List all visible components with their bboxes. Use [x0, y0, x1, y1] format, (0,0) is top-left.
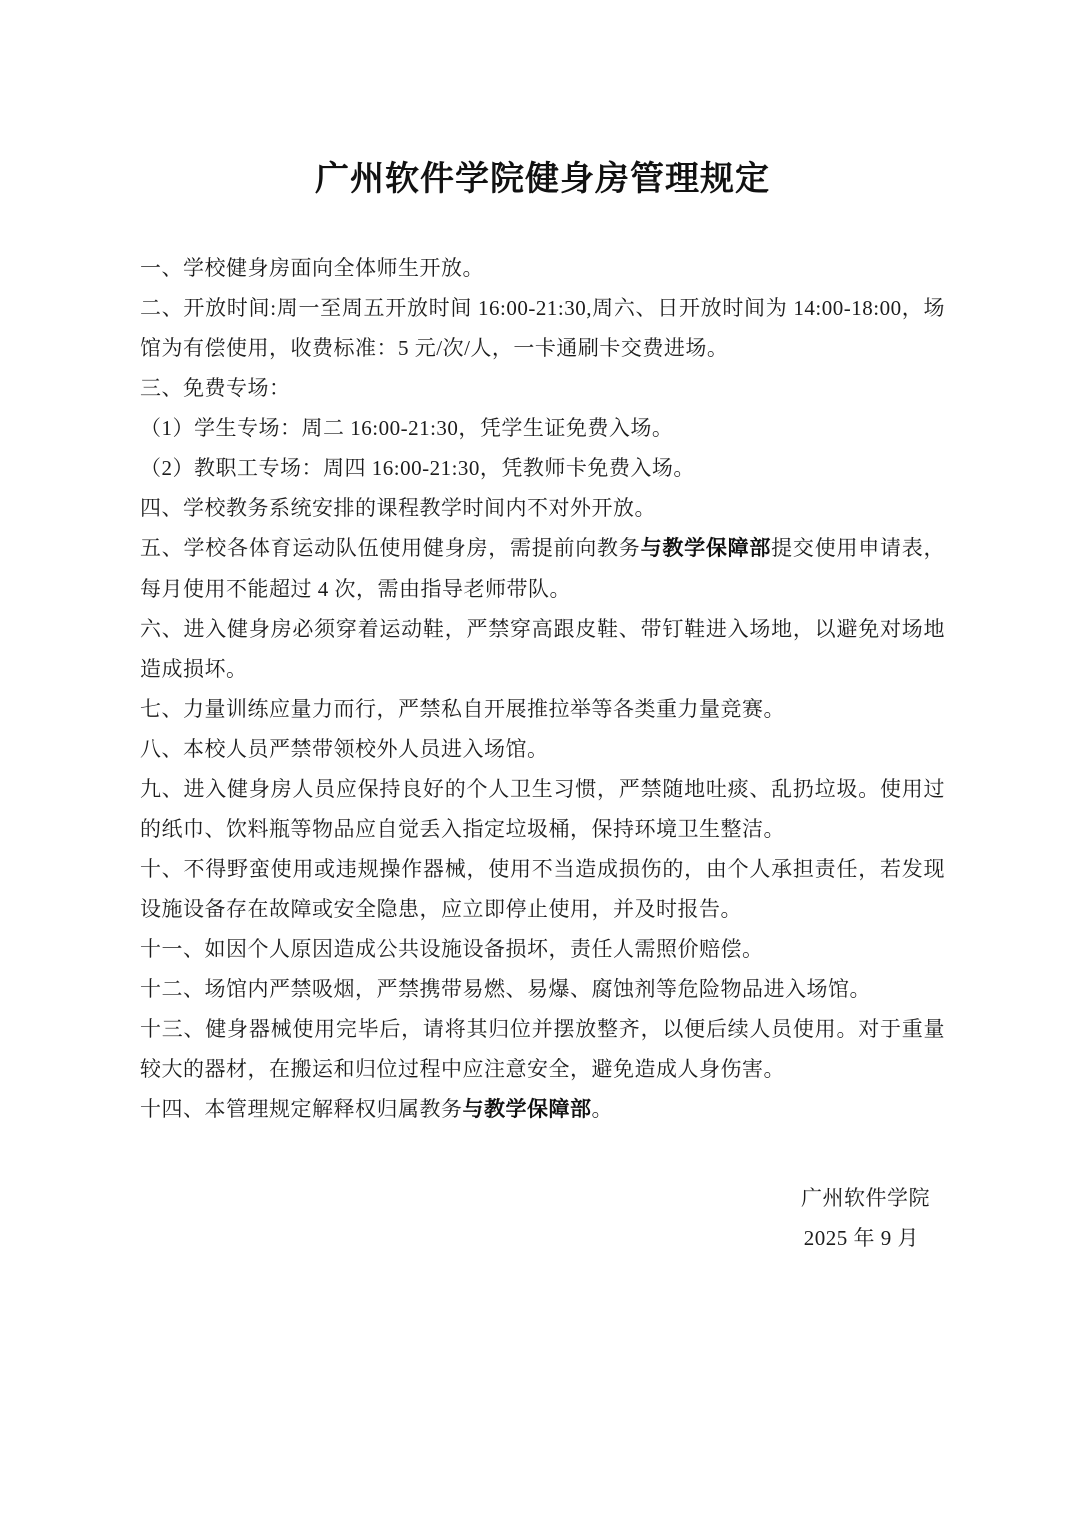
regulation-item-1: 一、学校健身房面向全体师生开放。 — [140, 248, 945, 288]
department-name-highlight: 与教学保障部 — [463, 1098, 592, 1121]
regulation-item-14-text: 十四、本管理规定解释权归属教务 — [140, 1097, 463, 1121]
signature-date: 2025 年 9 月 — [140, 1218, 945, 1258]
document-title: 广州软件学院健身房管理规定 — [140, 158, 945, 200]
regulation-item-2: 二、开放时间:周一至周五开放时间 16:00-21:30,周六、日开放时间为 1… — [140, 288, 945, 368]
regulation-item-5: 五、学校各体育运动队伍使用健身房，需提前向教务与教学保障部提交使用申请表，每月使… — [140, 528, 945, 609]
regulation-item-3-sub-1: （1）学生专场：周二 16:00-21:30，凭学生证免费入场。 — [140, 408, 945, 448]
regulation-item-14: 十四、本管理规定解释权归属教务与教学保障部。 — [140, 1089, 945, 1130]
regulation-item-7: 七、力量训练应量力而行，严禁私自开展推拉举等各类重力量竞赛。 — [140, 689, 945, 729]
regulation-item-14-text-cont: 。 — [592, 1097, 614, 1121]
regulation-item-12: 十二、场馆内严禁吸烟，严禁携带易燃、易爆、腐蚀剂等危险物品进入场馆。 — [140, 969, 945, 1009]
regulation-body: 一、学校健身房面向全体师生开放。 二、开放时间:周一至周五开放时间 16:00-… — [140, 248, 945, 1130]
regulation-item-9: 九、进入健身房人员应保持良好的个人卫生习惯，严禁随地吐痰、乱扔垃圾。使用过的纸巾… — [140, 769, 945, 849]
regulation-item-10: 十、不得野蛮使用或违规操作器械，使用不当造成损伤的，由个人承担责任，若发现设施设… — [140, 849, 945, 929]
document-page: 广州软件学院健身房管理规定 一、学校健身房面向全体师生开放。 二、开放时间:周一… — [0, 0, 1080, 1527]
regulation-item-3: 三、免费专场： — [140, 368, 945, 408]
regulation-item-3-sub-2: （2）教职工专场：周四 16:00-21:30，凭教师卡免费入场。 — [140, 448, 945, 488]
regulation-item-5-text: 五、学校各体育运动队伍使用健身房，需提前向教务 — [140, 536, 641, 560]
signature-organization: 广州软件学院 — [140, 1178, 945, 1218]
regulation-item-6: 六、进入健身房必须穿着运动鞋，严禁穿高跟皮鞋、带钉鞋进入场地，以避免对场地造成损… — [140, 609, 945, 689]
regulation-item-13: 十三、健身器械使用完毕后，请将其归位并摆放整齐，以便后续人员使用。对于重量较大的… — [140, 1009, 945, 1089]
regulation-item-4: 四、学校教务系统安排的课程教学时间内不对外开放。 — [140, 488, 945, 528]
regulation-item-11: 十一、如因个人原因造成公共设施设备损坏，责任人需照价赔偿。 — [140, 929, 945, 969]
department-name-highlight: 与教学保障部 — [641, 537, 772, 560]
regulation-item-8: 八、本校人员严禁带领校外人员进入场馆。 — [140, 729, 945, 769]
signature-block: 广州软件学院 2025 年 9 月 — [140, 1178, 945, 1258]
